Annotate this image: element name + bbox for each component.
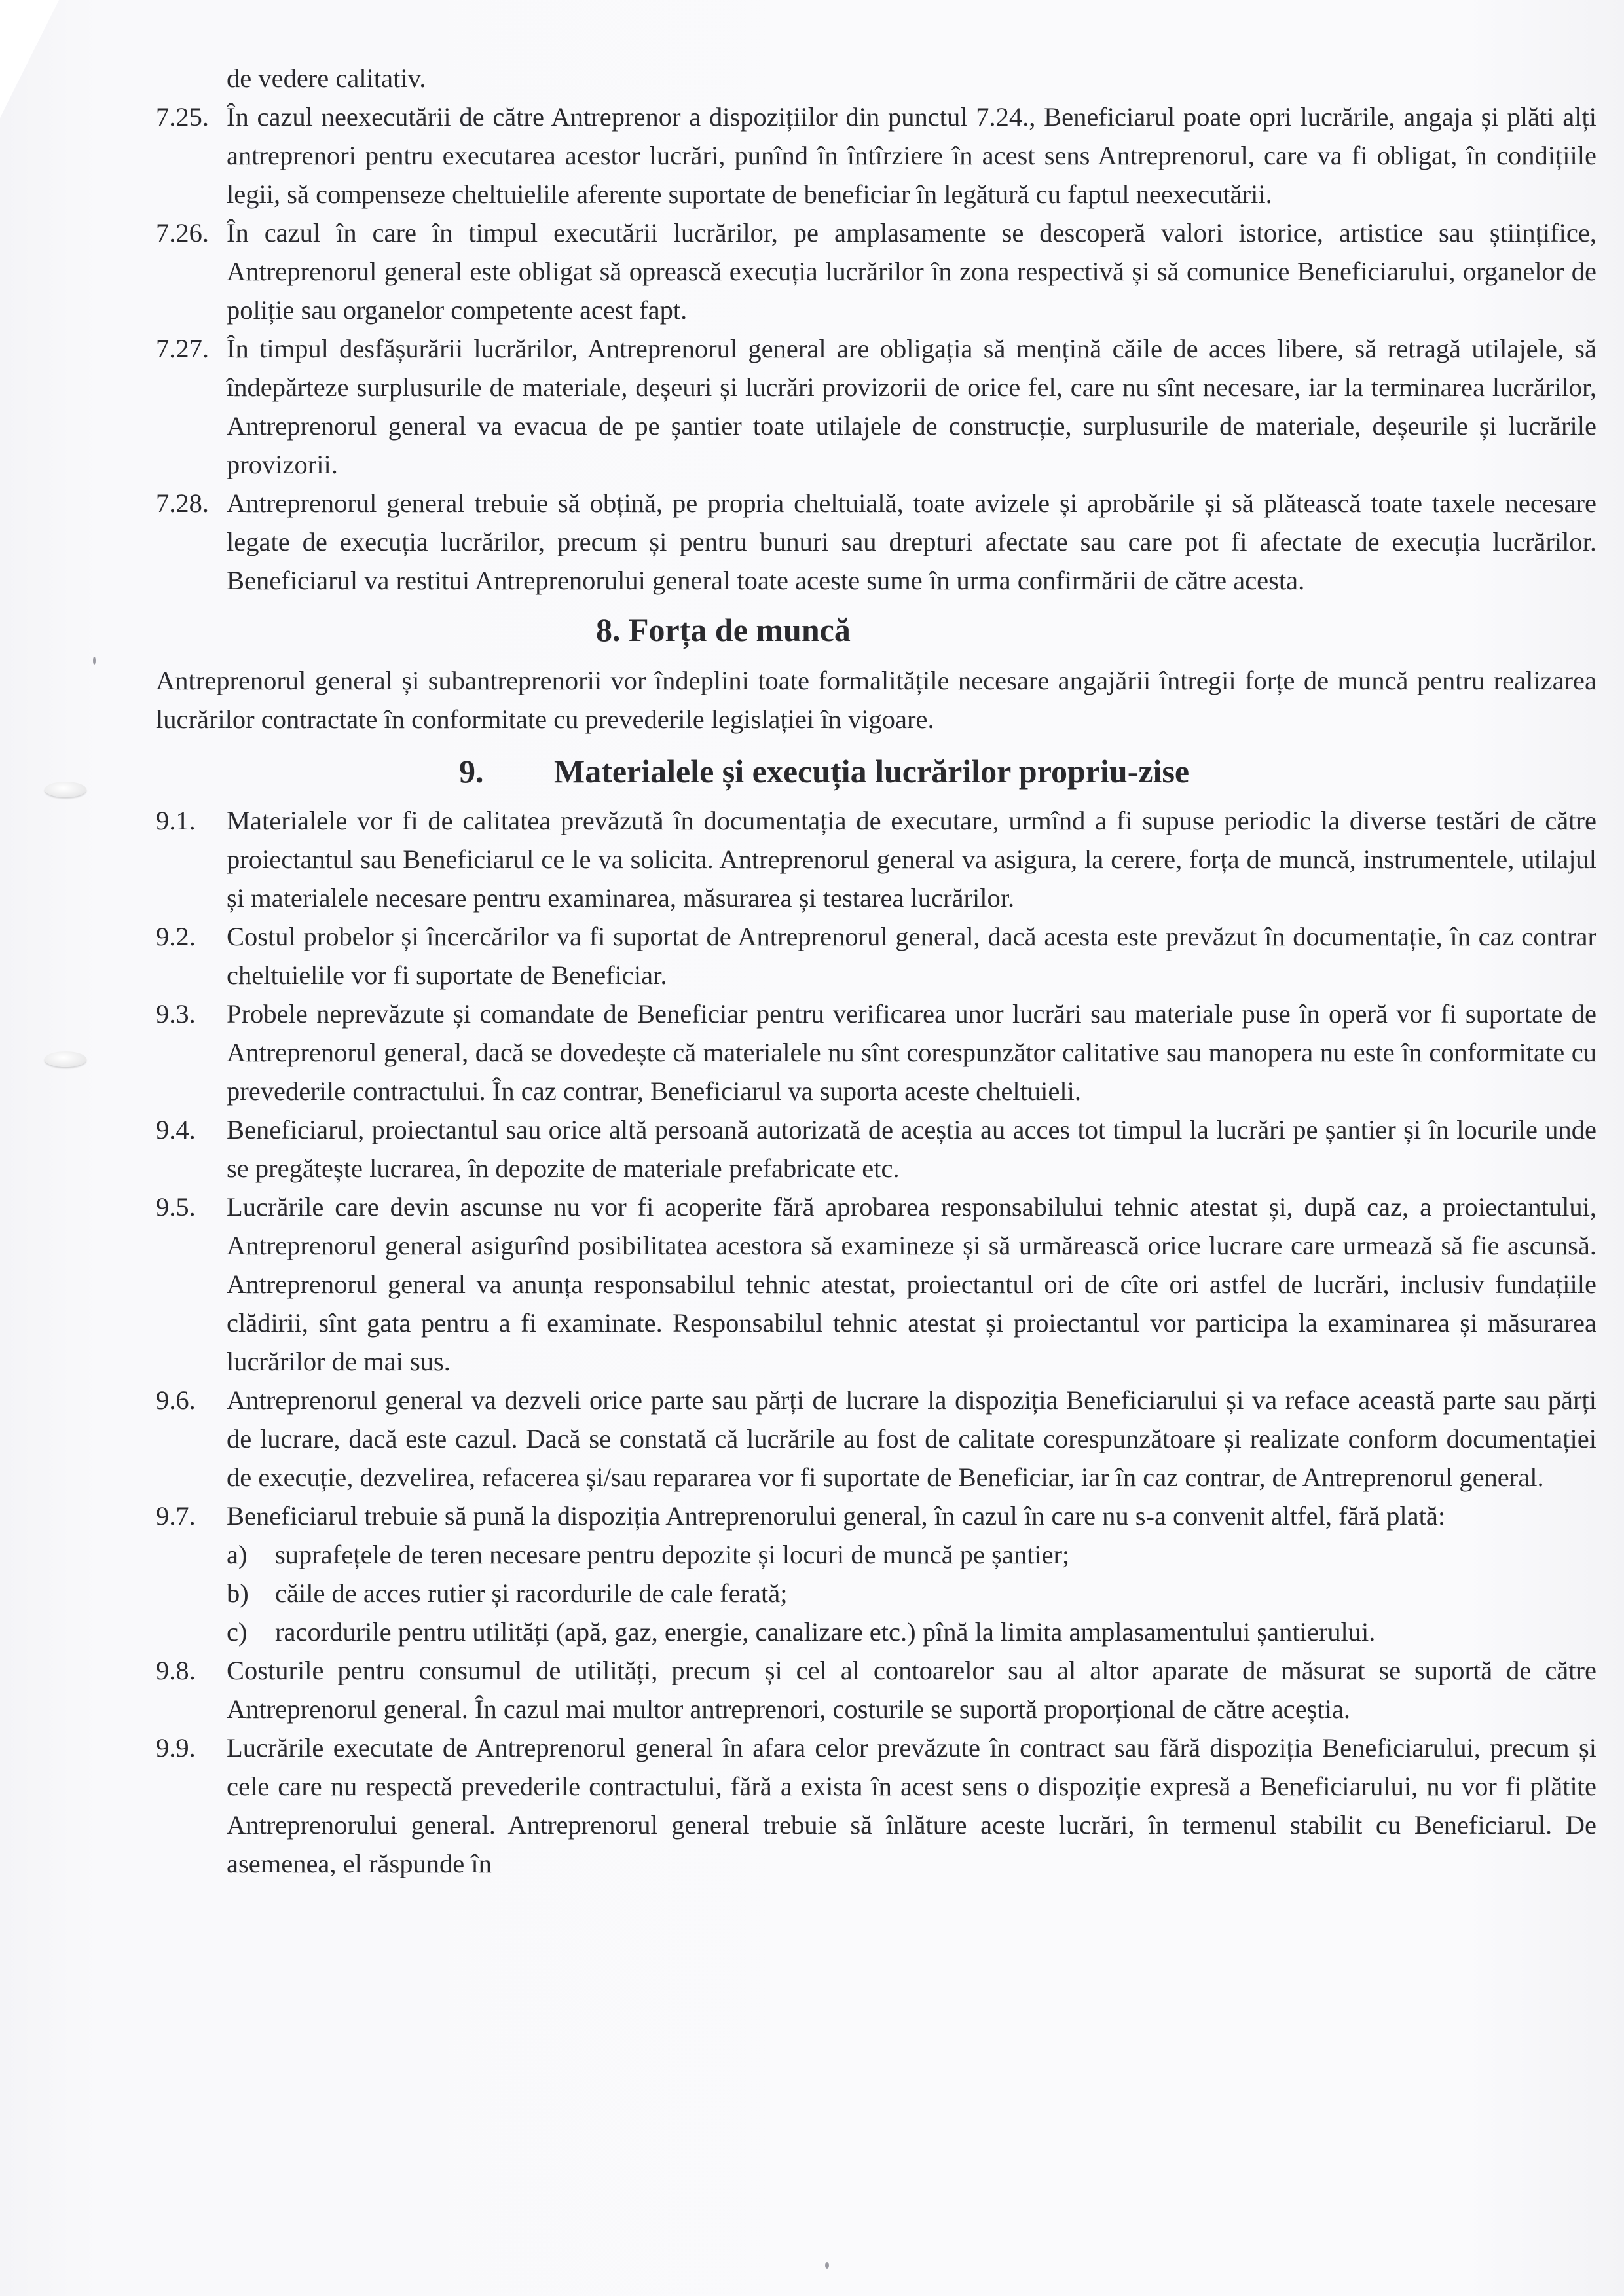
clause-number: 7.28. [156,484,209,522]
clause-number: 7.25. [156,98,209,136]
clause-9-6: 9.6. Antreprenorul general va dezveli or… [156,1381,1596,1497]
section-title: Materialele și execuția lucrărilor propr… [554,753,1189,790]
scan-speck [93,657,96,665]
clause-text: În cazul neexecutării de către Antrepren… [227,102,1596,209]
section-8-paragraph: Antreprenorul general și subantreprenori… [156,661,1596,738]
clause-text: Lucrările care devin ascunse nu vor fi a… [227,1192,1596,1376]
clause-text: Beneficiarul, proiectantul sau orice alt… [227,1115,1596,1183]
punch-hole-top [45,782,86,797]
clause-7-25: 7.25. În cazul neexecutării de către Ant… [156,98,1596,213]
clause-number: 9.8. [156,1651,196,1690]
clause-9-5: 9.5. Lucrările care devin ascunse nu vor… [156,1188,1596,1381]
clause-number: 9.1. [156,801,196,840]
subitem-letter: a) [227,1535,247,1574]
clause-number: 9.7. [156,1497,196,1535]
subitem-b: b) căile de acces rutier și racordurile … [156,1574,1596,1613]
clause-7-27: 7.27. În timpul desfășurării lucrărilor,… [156,329,1596,484]
subitem-a: a) suprafețele de teren necesare pentru … [156,1535,1596,1574]
clause-7-28: 7.28. Antreprenorul general trebuie să o… [156,484,1596,600]
subitem-letter: c) [227,1613,247,1651]
clause-number: 7.27. [156,329,209,368]
clause-number: 9.3. [156,994,196,1033]
punch-hole-bottom [45,1051,86,1067]
scanned-page: de vedere calitativ. 7.25. În cazul neex… [0,0,1624,2296]
section-9-heading: 9.Materialele și execuția lucrărilor pro… [156,750,1596,792]
clause-number: 9.2. [156,917,196,956]
clause-text: Antreprenorul general va dezveli orice p… [227,1385,1596,1492]
subitem-letter: b) [227,1574,249,1613]
subitem-text: căile de acces rutier și racordurile de … [275,1578,788,1608]
clause-text: Antreprenorul general trebuie să obțină,… [227,488,1596,595]
clause-text: Beneficiarul trebuie să pună la dispoziț… [227,1501,1445,1531]
clause-number: 9.9. [156,1728,196,1767]
clause-9-2: 9.2. Costul probelor și încercărilor va … [156,917,1596,994]
clause-text: Lucrările executate de Antreprenorul gen… [227,1733,1596,1878]
subitem-text: racordurile pentru utilități (apă, gaz, … [275,1617,1375,1647]
section-8-heading: 8. Forța de muncă [156,609,1596,651]
clause-9-9: 9.9. Lucrările executate de Antreprenoru… [156,1728,1596,1883]
document-body: de vedere calitativ. 7.25. În cazul neex… [156,59,1596,1883]
clause-text: Probele neprevăzute și comandate de Bene… [227,999,1596,1106]
clause-7-26: 7.26. În cazul în care în timpul execută… [156,213,1596,329]
clause-text: În timpul desfășurării lucrărilor, Antre… [227,334,1596,479]
clause-9-4: 9.4. Beneficiarul, proiectantul sau oric… [156,1110,1596,1188]
clause-text: Costurile pentru consumul de utilități, … [227,1656,1596,1724]
clause-text: În cazul în care în timpul executării lu… [227,218,1596,325]
clause-text: Materialele vor fi de calitatea prevăzut… [227,806,1596,913]
clause-9-3: 9.3. Probele neprevăzute și comandate de… [156,994,1596,1110]
section-number: 9. [459,750,554,792]
clause-number: 9.4. [156,1110,196,1149]
continuation-text: de vedere calitativ. [156,59,1596,98]
subitem-text: suprafețele de teren necesare pentru dep… [275,1540,1069,1569]
scan-speck [825,2262,829,2269]
clause-9-8: 9.8. Costurile pentru consumul de utilit… [156,1651,1596,1728]
clause-number: 9.5. [156,1188,196,1226]
subitem-c: c) racordurile pentru utilități (apă, ga… [156,1613,1596,1651]
clause-9-7: 9.7. Beneficiarul trebuie să pună la dis… [156,1497,1596,1535]
clause-number: 7.26. [156,213,209,252]
clause-9-1: 9.1. Materialele vor fi de calitatea pre… [156,801,1596,917]
clause-number: 9.6. [156,1381,196,1419]
clause-text: Costul probelor și încercărilor va fi su… [227,922,1596,990]
page-corner-fold [0,0,59,118]
